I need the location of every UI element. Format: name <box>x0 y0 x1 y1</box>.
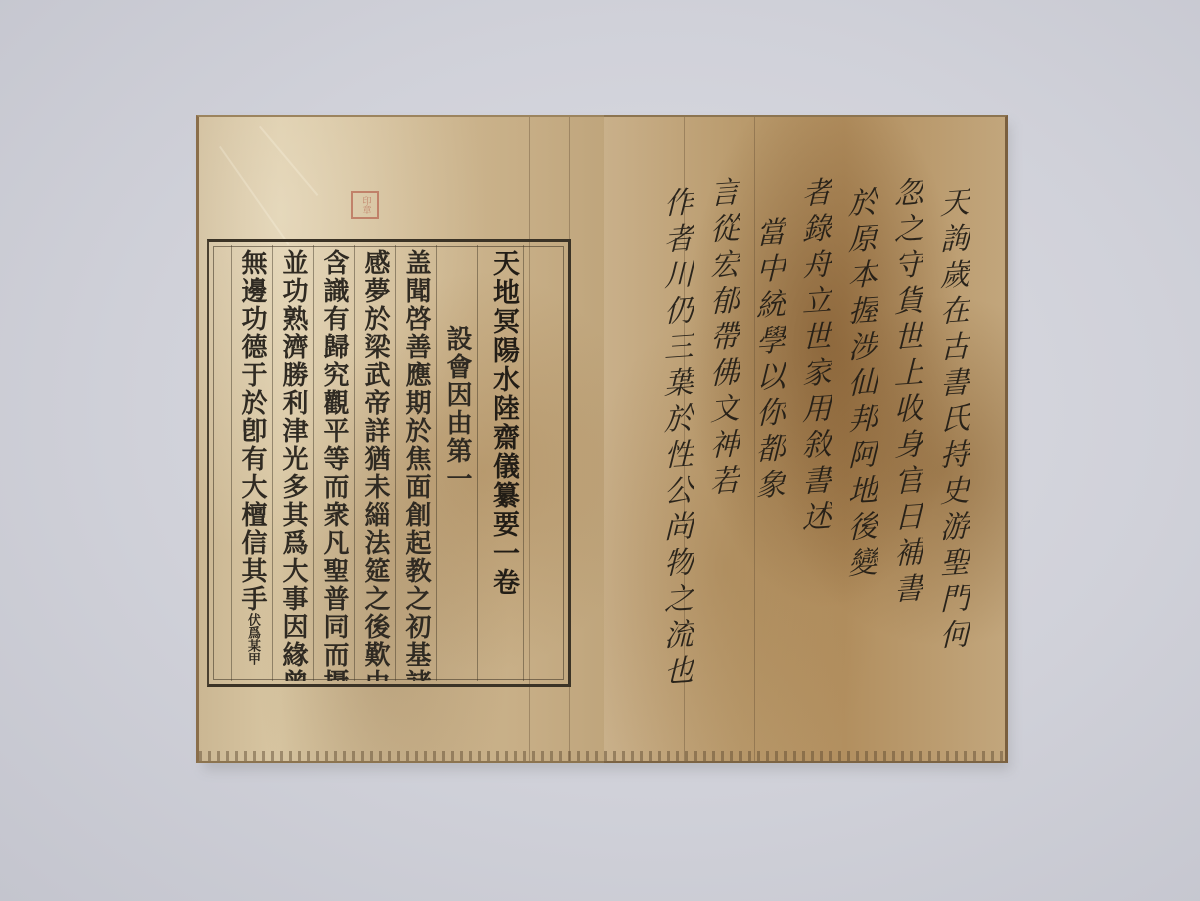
right-page-handwritten: 天詢歲在古書氏持史游聖門何 忽之守貨世上收身官日補書 於原本握涉仙邦阿地後變 者… <box>604 115 1008 763</box>
left-page-printed: 印章 天地冥陽水陸齋儀纂要一卷 設會因由第一 盖聞啓善應期於焦面創起教之初基諸巢… <box>196 115 606 763</box>
calligraphy-column: 作者川仍三葉於性公尚物之流也 <box>654 176 696 739</box>
printed-title-column: 天地冥陽水陸齋儀纂要一卷 <box>477 245 523 681</box>
printed-subtitle-column: 設會因由第一 <box>436 245 477 681</box>
calligraphy-column: 言從宏郁帶佛文神若 <box>700 176 742 739</box>
calligraphy-column: 忽之守貨世上收身官日補書 <box>884 176 926 739</box>
calligraphy-column: 當中統學以你都象 <box>746 176 788 739</box>
paper-crease <box>219 146 289 245</box>
small-annotation: 伏爲某甲 <box>245 613 259 665</box>
red-seal-stamp: 印章 <box>351 191 379 219</box>
calligraphy-column: 者錄舟立世家用敘書述 <box>792 176 834 739</box>
printed-body-column: 盖聞啓善應期於焦面創起教之初基諸巢 <box>395 245 436 681</box>
printed-body-column: 無邊功德于於卽有大檀信其手伏爲某甲 <box>231 245 272 681</box>
worn-bottom-edge <box>199 751 606 761</box>
calligraphy-column: 天詢歲在古書氏持史游聖門何 <box>930 176 972 739</box>
printed-body-text: 無邊功德于於卽有大檀信其手 <box>237 249 267 613</box>
printed-body-column: 含識有歸究觀平等而衆凡聖普同而攝 <box>313 245 354 681</box>
printed-body-column: 感夢於梁武帝詳猶未緇法筵之後歎由是法筵無滯 <box>354 245 395 681</box>
paper-crease <box>259 126 318 196</box>
calligraphy-column: 於原本握涉仙邦阿地後變 <box>838 176 880 739</box>
printed-blank-column <box>523 245 565 681</box>
worn-bottom-edge <box>604 751 1005 761</box>
seal-text: 印章 <box>360 196 371 214</box>
printed-text-columns: 天地冥陽水陸齋儀纂要一卷 設會因由第一 盖聞啓善應期於焦面創起教之初基諸巢 感夢… <box>213 245 565 681</box>
printed-body-column: 並功熟濟勝利津光多其爲大事因緣曾是 <box>272 245 313 681</box>
antique-book: 印章 天地冥陽水陸齋儀纂要一卷 設會因由第一 盖聞啓善應期於焦面創起教之初基諸巢… <box>196 115 1008 763</box>
handwritten-calligraphy-columns: 天詢歲在古書氏持史游聖門何 忽之守貨世上收身官日補書 於原本握涉仙邦阿地後變 者… <box>632 177 972 737</box>
